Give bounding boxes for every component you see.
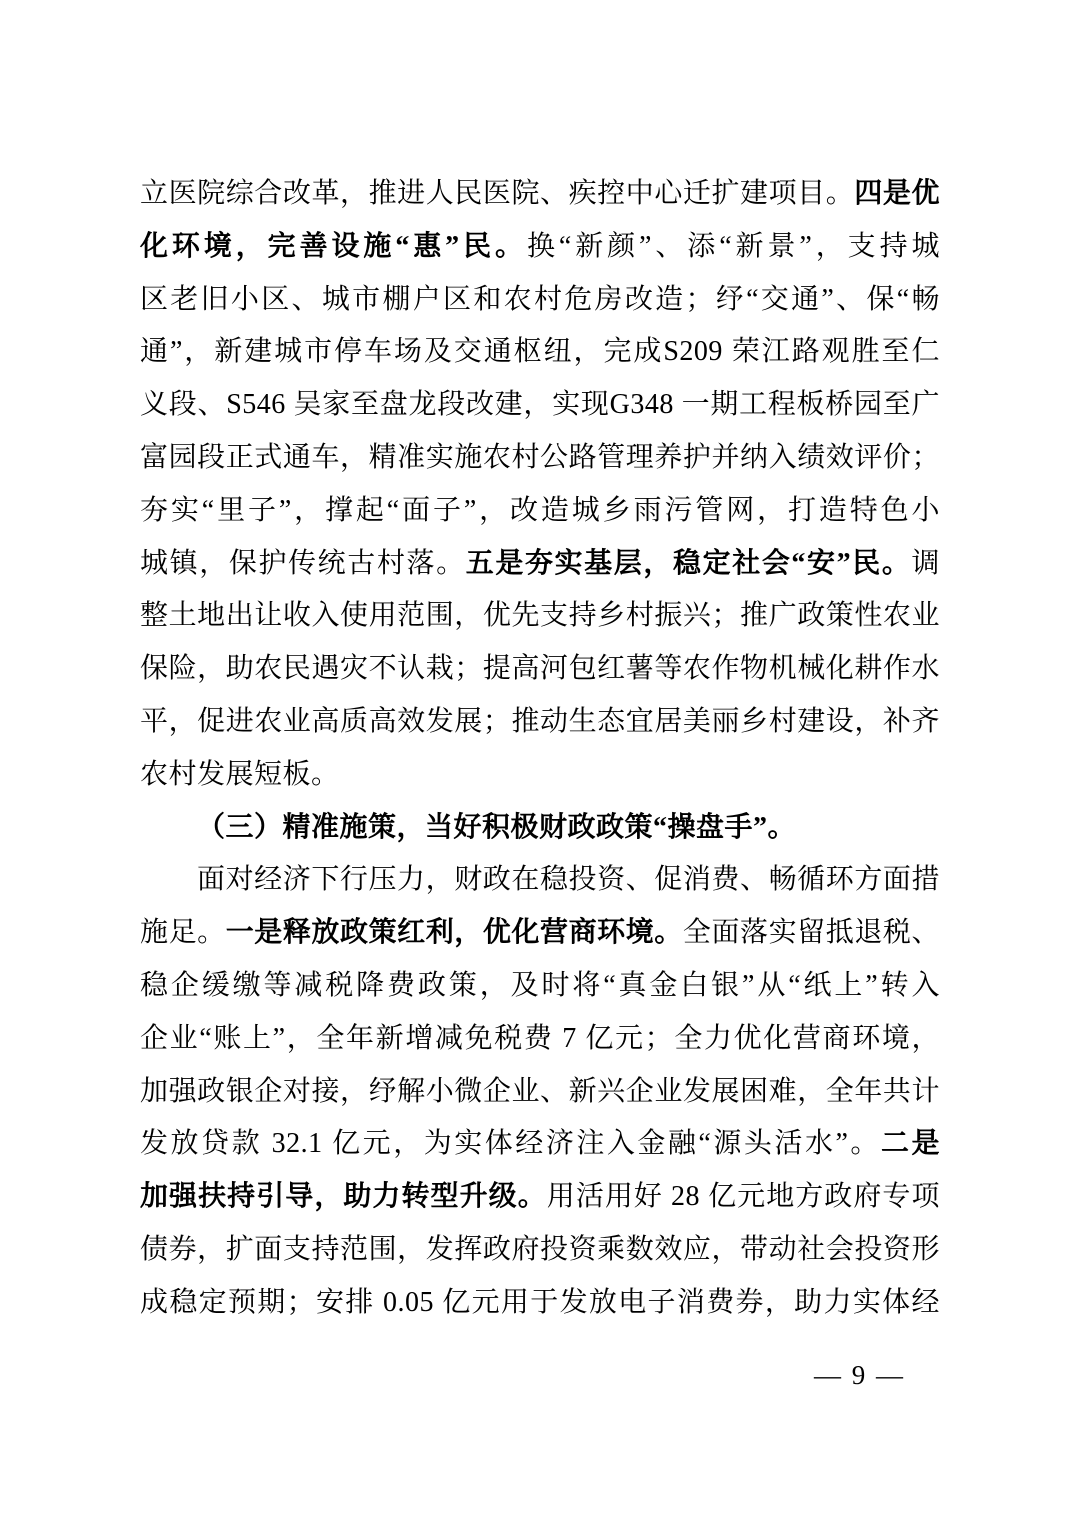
text-line: 企业“账上”，全年新增减免税费 7 亿元；全力优化营商环境， bbox=[140, 1013, 940, 1066]
text-line: 施足。一是释放政策红利，优化营商环境。全面落实留抵退税、 bbox=[140, 907, 940, 960]
text-line: 夯实“里子”，撑起“面子”，改造城乡雨污管网，打造特色小 bbox=[140, 485, 940, 538]
body-text: 面对经济下行压力，财政在稳投资、促消费、畅循环方面措 bbox=[197, 864, 940, 895]
body-text: 整土地出让收入使用范围，优先支持乡村振兴；推广政策性农业 bbox=[140, 600, 940, 631]
body-text: 加强政银企对接，纾解小微企业、新兴企业发展困难，全年共计 bbox=[140, 1076, 940, 1107]
body-text: 换“新颜”、添“新景”，支持城 bbox=[527, 231, 940, 262]
body-text: 发放贷款 32.1 亿元，为实体经济注入金融“源头活水”。 bbox=[140, 1128, 881, 1159]
body-text: 平，促进农业高质高效发展；推动生态宜居美丽乡村建设，补齐 bbox=[140, 706, 940, 737]
body-text: 城镇，保护传统古村落。 bbox=[140, 548, 466, 579]
emphasis-text: （三）精准施策，当好积极财政政策“操盘手”。 bbox=[197, 812, 796, 843]
text-line: 富园段正式通车，精准实施农村公路管理养护并纳入绩效评价； bbox=[140, 432, 940, 485]
text-line: 成稳定预期；安排 0.05 亿元用于发放电子消费券，助力实体经 bbox=[140, 1277, 940, 1330]
body-text: 义段、S546 吴家至盘龙段改建，实现G348 一期工程板桥园至广 bbox=[140, 389, 940, 420]
text-line: 城镇，保护传统古村落。五是夯实基层，稳定社会“安”民。调 bbox=[140, 538, 940, 591]
emphasis-text: 五是夯实基层，稳定社会“安”民。 bbox=[466, 548, 912, 579]
emphasis-text: 二是 bbox=[881, 1128, 940, 1159]
body-text: 农村发展短板。 bbox=[140, 759, 340, 790]
text-line: 立医院综合改革，推进人民医院、疾控中心迁扩建项目。四是优 bbox=[140, 168, 940, 221]
text-line: 保险，助农民遇灾不认栽；提高河包红薯等农作物机械化耕作水 bbox=[140, 643, 940, 696]
text-column: 立医院综合改革，推进人民医院、疾控中心迁扩建项目。四是优化环境，完善设施“惠”民… bbox=[140, 168, 940, 1330]
emphasis-text: 化环境，完善设施“惠”民。 bbox=[140, 231, 527, 262]
body-text: 通”，新建城市停车场及交通枢纽，完成S209 荣江路观胜至仁 bbox=[140, 336, 940, 367]
body-text: 稳企缓缴等减税降费政策，及时将“真金白银”从“纸上”转入 bbox=[140, 970, 940, 1001]
text-line: 整土地出让收入使用范围，优先支持乡村振兴；推广政策性农业 bbox=[140, 590, 940, 643]
body-text: 施足。 bbox=[140, 917, 226, 948]
text-line: 加强政银企对接，纾解小微企业、新兴企业发展困难，全年共计 bbox=[140, 1066, 940, 1119]
body-text: 调 bbox=[911, 548, 940, 579]
emphasis-text: 一是释放政策红利，优化营商环境。 bbox=[226, 917, 683, 948]
text-line: 化环境，完善设施“惠”民。换“新颜”、添“新景”，支持城 bbox=[140, 221, 940, 274]
body-text: 企业“账上”，全年新增减免税费 7 亿元；全力优化营商环境， bbox=[140, 1023, 940, 1054]
text-line: 发放贷款 32.1 亿元，为实体经济注入金融“源头活水”。二是 bbox=[140, 1118, 940, 1171]
body-text: 立医院综合改革，推进人民医院、疾控中心迁扩建项目。 bbox=[140, 178, 854, 209]
section-heading: （三）精准施策，当好积极财政政策“操盘手”。 bbox=[140, 802, 940, 855]
text-line: 债券，扩面支持范围，发挥政府投资乘数效应，带动社会投资形 bbox=[140, 1224, 940, 1277]
text-line: 面对经济下行压力，财政在稳投资、促消费、畅循环方面措 bbox=[140, 854, 940, 907]
text-line: 加强扶持引导，助力转型升级。用活用好 28 亿元地方政府专项 bbox=[140, 1171, 940, 1224]
body-text: 富园段正式通车，精准实施农村公路管理养护并纳入绩效评价； bbox=[140, 442, 940, 473]
body-text: 用活用好 28 亿元地方政府专项 bbox=[547, 1181, 940, 1212]
body-text: 区老旧小区、城市棚户区和农村危房改造；纾“交通”、保“畅 bbox=[140, 284, 940, 315]
text-line: 通”，新建城市停车场及交通枢纽，完成S209 荣江路观胜至仁 bbox=[140, 326, 940, 379]
emphasis-text: 加强扶持引导，助力转型升级。 bbox=[140, 1181, 547, 1212]
text-line: 稳企缓缴等减税降费政策，及时将“真金白银”从“纸上”转入 bbox=[140, 960, 940, 1013]
body-text: 全面落实留抵退税、 bbox=[683, 917, 940, 948]
document-page: 立医院综合改革，推进人民医院、疾控中心迁扩建项目。四是优化环境，完善设施“惠”民… bbox=[0, 0, 1074, 1520]
body-text: 夯实“里子”，撑起“面子”，改造城乡雨污管网，打造特色小 bbox=[140, 495, 940, 526]
body-text: 保险，助农民遇灾不认栽；提高河包红薯等农作物机械化耕作水 bbox=[140, 653, 940, 684]
text-line: 农村发展短板。 bbox=[140, 749, 940, 802]
page-number: — 9 — bbox=[814, 1360, 905, 1391]
body-text: 债券，扩面支持范围，发挥政府投资乘数效应，带动社会投资形 bbox=[140, 1234, 940, 1265]
emphasis-text: 四是优 bbox=[854, 178, 940, 209]
text-line: 区老旧小区、城市棚户区和农村危房改造；纾“交通”、保“畅 bbox=[140, 274, 940, 327]
text-line: 平，促进农业高质高效发展；推动生态宜居美丽乡村建设，补齐 bbox=[140, 696, 940, 749]
body-text: 成稳定预期；安排 0.05 亿元用于发放电子消费券，助力实体经 bbox=[140, 1287, 940, 1318]
text-line: 义段、S546 吴家至盘龙段改建，实现G348 一期工程板桥园至广 bbox=[140, 379, 940, 432]
